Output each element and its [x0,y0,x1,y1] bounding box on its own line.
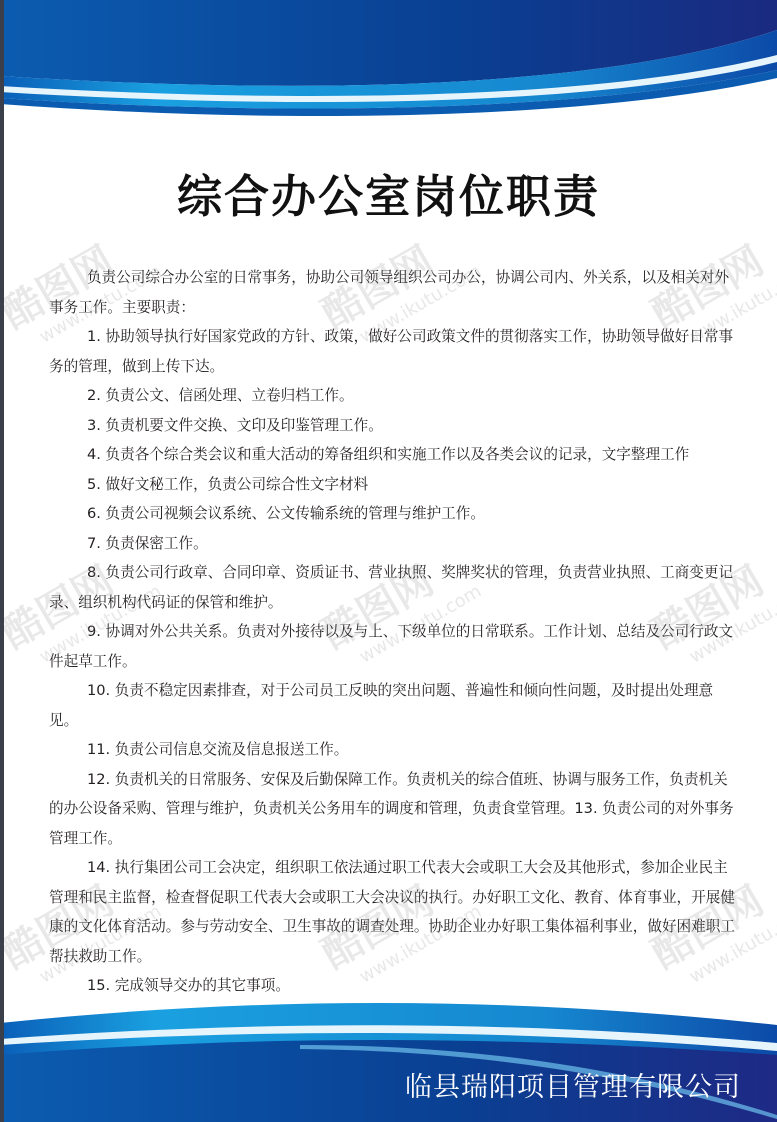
duty-item-7: 7. 负责保密工作。 [49,529,741,559]
duty-item-9: 9. 协调对外公共关系。负责对外接待以及与上、下级单位的日常联系。工作计划、总结… [49,617,741,676]
left-edge-border [0,0,4,1122]
duty-item-5: 5. 做好文秘工作，负责公司综合性文字材料 [49,470,741,500]
duty-item-4: 4. 负责各个综合类会议和重大活动的筹备组织和实施工作以及各类会议的记录，文字整… [49,440,741,470]
duty-item-14: 14. 执行集团公司工会决定，组织职工依法通过职工代表大会或职工大会及其他形式，… [49,853,741,971]
duty-item-10: 10. 负责不稳定因素排查，对于公司员工反映的突出问题、普遍性和倾向性问题，及时… [49,676,741,735]
duties-body: 负责公司综合办公室的日常事务，协助公司领导组织公司办公，协调公司内、外关系，以及… [49,263,741,1001]
page-title: 综合办公室岗位职责 [0,160,777,225]
duty-item-11: 11. 负责公司信息交流及信息报送工作。 [49,735,741,765]
duty-item-8: 8. 负责公司行政章、合同印章、资质证书、营业执照、奖牌奖状的管理，负责营业执照… [49,558,741,617]
intro-paragraph: 负责公司综合办公室的日常事务，协助公司领导组织公司办公，协调公司内、外关系，以及… [49,263,741,322]
duty-item-1: 1. 协助领导执行好国家党政的方针、政策，做好公司政策文件的贯彻落实工作，协助领… [49,322,741,381]
duty-item-12: 12. 负责机关的日常服务、安保及后勤保障工作。负责机关的综合值班、协调与服务工… [49,765,741,854]
duty-item-2: 2. 负责公文、信函处理、立卷归档工作。 [49,381,741,411]
header-wave-decoration [0,0,777,125]
duty-item-6: 6. 负责公司视频会议系统、公文传输系统的管理与维护工作。 [49,499,741,529]
duty-item-3: 3. 负责机要文件交换、文印及印鉴管理工作。 [49,411,741,441]
company-name: 临县瑞阳项目管理有限公司 [405,1065,741,1104]
